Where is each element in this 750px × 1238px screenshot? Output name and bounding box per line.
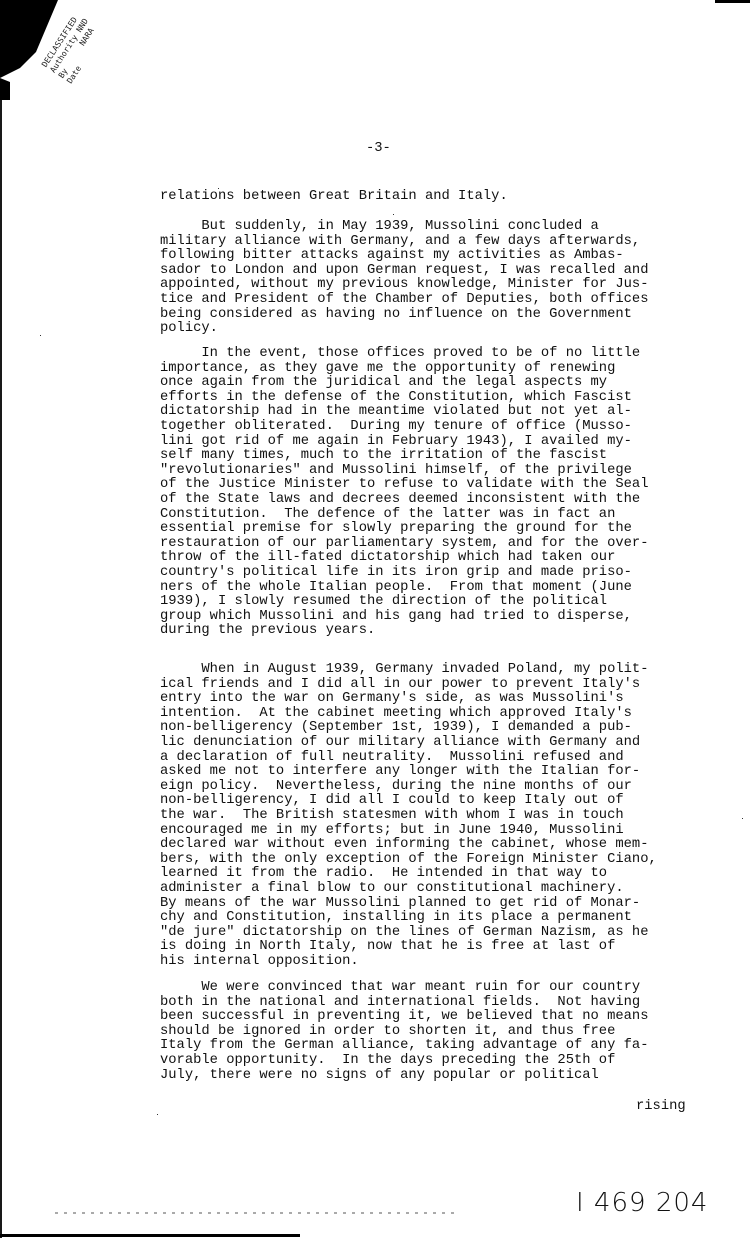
text-line: once again from the juridical and the le…: [160, 376, 720, 391]
text-line: lini got rid of me again in February 194…: [160, 435, 720, 450]
text-line: during the previous years.: [160, 624, 720, 639]
text-line: of the Justice Minister to refuse to val…: [160, 478, 720, 493]
text-line: asked me not to interfere any longer wit…: [160, 765, 720, 780]
text-line: Italy from the German alliance, taking a…: [160, 1039, 720, 1054]
text-line: is doing in North Italy, now that he is …: [160, 940, 720, 955]
paragraph: We were convinced that war meant ruin fo…: [160, 981, 720, 1083]
text-line: declared war without even informing the …: [160, 838, 720, 853]
text-line: been successful in preventing it, we bel…: [160, 1010, 720, 1025]
text-line: July, there were no signs of any popular…: [160, 1069, 720, 1084]
text-line: being considered as having no influence …: [160, 308, 720, 323]
handwritten-reference-number: I 469 204: [576, 1188, 708, 1218]
text-line: lic denunciation of our military allianc…: [160, 736, 720, 751]
page-number: -3-: [366, 141, 391, 156]
paragraph: In the event, those offices proved to be…: [160, 347, 720, 639]
text-line: together obliterated. During my tenure o…: [160, 420, 720, 435]
paragraph: But suddenly, in May 1939, Mussolini con…: [160, 220, 720, 337]
text-line: following bitter attacks against my acti…: [160, 249, 720, 264]
text-line: non-belligerency, I did all I could to k…: [160, 794, 720, 809]
scan-speck: [218, 188, 219, 189]
text-line: By means of the war Mussolini planned to…: [160, 897, 720, 912]
text-line: non-belligerency (September 1st, 1939), …: [160, 721, 720, 736]
text-line: the war. The British statesmen with whom…: [160, 809, 720, 824]
text-line: learned it from the radio. He intended i…: [160, 867, 720, 882]
text-line: encouraged me in my efforts; but in June…: [160, 824, 720, 839]
scan-speck: [157, 1114, 158, 1115]
text-line: both in the national and international f…: [160, 996, 720, 1011]
scan-top-right-edge: [715, 0, 750, 3]
text-line: tice and President of the Chamber of Dep…: [160, 293, 720, 308]
text-line: policy.: [160, 322, 720, 337]
text-line: relations between Great Britain and Ital…: [160, 190, 720, 205]
text-line: appointed, without my previous knowledge…: [160, 278, 720, 293]
text-line: of the State laws and decrees deemed inc…: [160, 493, 720, 508]
text-line: a declaration of full neutrality. Mussol…: [160, 751, 720, 766]
scan-noise-bottom: [55, 1212, 455, 1214]
scan-speck: [40, 335, 41, 336]
paragraph: relations between Great Britain and Ital…: [160, 190, 720, 205]
document-page: DECLASSIFIED Authority NND By NARA Date …: [0, 0, 750, 1238]
text-line: But suddenly, in May 1939, Mussolini con…: [160, 220, 720, 235]
catchword: rising: [636, 1099, 686, 1114]
text-line: chy and Constitution, installing in its …: [160, 911, 720, 926]
text-line: We were convinced that war meant ruin fo…: [160, 981, 720, 996]
text-line: throw of the ill-fated dictatorship whic…: [160, 551, 720, 566]
paragraph: When in August 1939, Germany invaded Pol…: [160, 663, 720, 969]
text-line: self many times, much to the irritation …: [160, 449, 720, 464]
text-line: administer a final blow to our constitut…: [160, 882, 720, 897]
scan-speck: [393, 214, 394, 215]
text-line: In the event, those offices proved to be…: [160, 347, 720, 362]
text-line: ners of the whole Italian people. From t…: [160, 581, 720, 596]
text-line: 1939), I slowly resumed the direction of…: [160, 595, 720, 610]
text-line: vorable opportunity. In the days precedi…: [160, 1054, 720, 1069]
text-line: Constitution. The defence of the latter …: [160, 508, 720, 523]
text-line: country's political life in its iron gri…: [160, 566, 720, 581]
scan-left-edge: [0, 95, 2, 1238]
text-line: essential premise for slowly preparing t…: [160, 522, 720, 537]
text-line: military alliance with Germany, and a fe…: [160, 235, 720, 250]
scan-bottom-edge: [0, 1234, 300, 1237]
scan-speck: [742, 818, 743, 819]
text-line: dictatorship had in the meantime violate…: [160, 405, 720, 420]
text-line: When in August 1939, Germany invaded Pol…: [160, 663, 720, 678]
text-line: his internal opposition.: [160, 955, 720, 970]
text-line: entry into the war on Germany's side, as…: [160, 692, 720, 707]
text-line: ical friends and I did all in our power …: [160, 678, 720, 693]
text-line: importance, as they gave me the opportun…: [160, 362, 720, 377]
